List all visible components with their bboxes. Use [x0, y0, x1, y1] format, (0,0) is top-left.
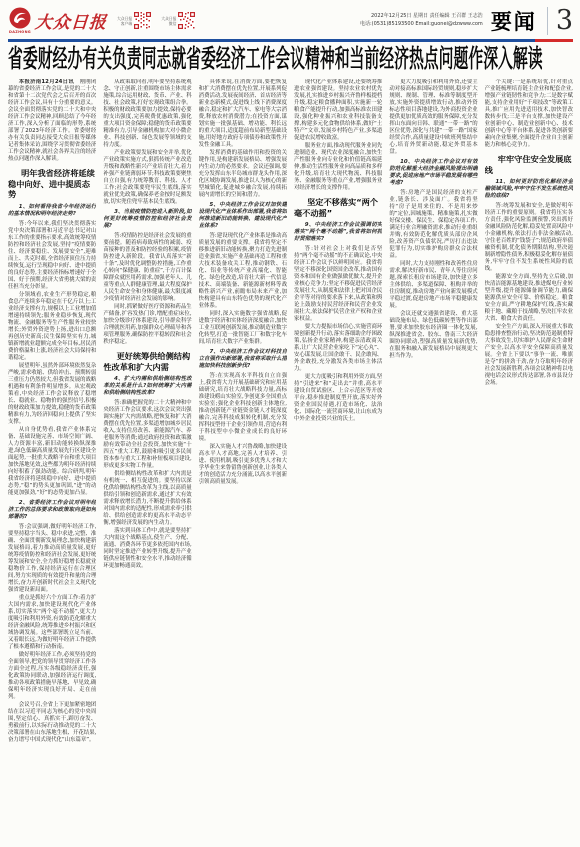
section-subhead: 更好统筹供给侧结构性改革和扩大内需 — [103, 351, 191, 372]
article-columns: 本报济南12月24日讯 刚刚闭幕的省委经济工作会议,是党的二十大和省第十二次党代… — [8, 79, 573, 843]
article-paragraph: 会议号召,全省上下更加紧密地团结在以习近平同志为核心的党中央周围,坚定信心、真抓… — [8, 702, 96, 744]
article-paragraph: 答:房地产是国民经济的支柱产业,链条长、涉及面广。我省将坚持“房子是用来住的、不… — [389, 190, 477, 260]
interview-question: 5、中央经济工作会议对加快建设现代化产业体系作出部署,我省将如何推进新旧动能转换… — [199, 202, 287, 230]
article-paragraph: 现代化产业体系建设,还要统筹推进农业强省建设。坚持农业农村优先发展,扎实推进乡村… — [294, 79, 382, 142]
header-rule — [8, 39, 573, 42]
article-paragraph: 答:建设现代化产业体系是推动高质量发展的重要支撑。我省将坚定不移推进新旧动能转换… — [199, 233, 287, 310]
qr-label-line1: 大众日报 — [161, 16, 176, 21]
article-paragraph: 答:统筹发展和安全,是做好明年经济工作的重要原则。我省将压实各方责任,强化风险监… — [485, 203, 573, 273]
qr-block-wechat: 大众日报 微信 — [161, 12, 195, 29]
article-paragraph: 同时,大力支持刚性和改善性住房需求,解决好新市民、青年人等住房问题,探索长租房市… — [389, 261, 477, 310]
article-paragraph: 答:会议强调,做好明年经济工作,要坚持稳字当头、稳中求进,完整、准确、全面贯彻新… — [8, 524, 96, 594]
article-column: 现代化产业体系建设,还要统筹推进农业强省建设。坚持农业农村优先发展,扎实推进乡村… — [294, 79, 382, 843]
qr-label: 大众日报 微信 — [161, 16, 176, 26]
article-column: 本报济南12月24日讯 刚刚闭幕的省委经济工作会议,是党的二十大和省第十二次党代… — [8, 79, 96, 843]
article-paragraph: 重点是抓好六个方面工作:着力扩大国内需求,加快建设现代化产业体系,切实落实“两个… — [8, 595, 96, 651]
article-column: 从政策取向看,明年要坚持系统观念、守正创新,注重围绕市场主体需求施策,综合运用财… — [103, 79, 191, 843]
article-paragraph: 会议还就交通强省建设、重大基础设施布局、绿色低碳转型等作出部署,要求加快胶东经济… — [389, 311, 477, 360]
dateline-tag: 本报济南12月24日讯 — [19, 79, 74, 85]
header-rule-blue — [8, 39, 535, 42]
article-paragraph: 同时,抓紧做好医疗资源和药品生产储备,扩容发热门诊,增配重症床位,加快分级诊疗体… — [103, 304, 191, 346]
article-paragraph: 要大力提振市场信心,实施营商环境创新提升行动,落实落细助企纾困政策,弘扬企业家精… — [294, 324, 382, 373]
interview-question: 9、中央经济工作会议强调切实落实“两个毫不动摇”,我省将如何抓好贯彻落实? — [294, 222, 382, 243]
article-paragraph: 答:疫情防控是经济社会发展的重要前提。随着病毒致病性的减弱、疫苗接种的普及和防控… — [103, 233, 191, 303]
qr-block-app: 大众日报 客户端 — [117, 12, 151, 29]
interview-question: 4、扩大内需和供给侧结构性改革的关系是什么?如何统筹扩大内需和供给侧结构性改革? — [103, 376, 191, 397]
article-paragraph: 产业政策要发展和安全并举,优化产业政策实施方式,狠抓传统产业改造升级和战略性新兴… — [103, 150, 191, 206]
article-paragraph: 落实到具体工作中,就是要坚持扩大内需这个战略基点,使生产、分配、流通、消费各环节… — [103, 528, 191, 570]
interview-question: 3、当前疫情防控进入新阶段,如何更好统筹疫情防控和经济社会发展? — [103, 209, 191, 230]
article-paragraph: 服务业方面,推动现代服务业同先进制造业、现代农业深度融合,加快生产性服务业向专业… — [294, 143, 382, 192]
issue-meta: 2022年12月25日 星期日 责任编辑 王召群 王志浩 电话:(0531)85… — [360, 13, 483, 28]
qr-label: 大众日报 客户端 — [117, 16, 132, 26]
section-label: 要闻 — [491, 6, 537, 36]
article-paragraph: 供给侧结构性改革和扩大内需是有机统一、相互促进的。要坚持以深化供给侧结构性改革为… — [103, 471, 191, 527]
article-paragraph: 答:今年以来,我们坚决贯彻落实党中央决策部署和习近平总书记对山东工作的重要指示要… — [8, 221, 96, 291]
interview-question: 1、如何看待我省今年经济运行的基本情况和明年经济走势? — [8, 204, 96, 218]
lead-paragraph: 本报济南12月24日讯 刚刚闭幕的省委经济工作会议,是党的二十大和省第十二次党代… — [8, 79, 96, 163]
issue-dateline: 2022年12月25日 星期日 责任编辑 王召群 王志浩 — [360, 13, 483, 21]
article-paragraph: 更大力度吸引和利用外资方面,坚持“引进来”和“走出去”并重,高水平建设自贸试验区… — [294, 374, 382, 423]
masthead-title: 大众日报 — [34, 8, 108, 33]
interview-question: 10、中央经济工作会议对有效防范化解重大经济金融风险提出明确要求,促进房地产市场… — [389, 159, 477, 187]
newspaper-logo-icon — [9, 7, 31, 29]
section-subhead: 牢牢守住安全发展底线 — [485, 154, 573, 175]
interview-question: 7、中央经济工作会议对科技自立自强作出新部署,我省将采取什么措施加快科技创新步伐… — [199, 349, 287, 370]
article-paragraph: 做好明年经济工作,必须坚持党的全面领导,把党的领导贯穿经济工作各方面全过程,压实… — [8, 652, 96, 701]
article-paragraph: 更大力度吸引和利用外资,还要主动对接高标准国际经贸规则,稳步扩大规则、规制、管理… — [389, 79, 477, 156]
newspaper-page: DAZHONG 大众日报 大众日报 客户端 — [0, 0, 580, 847]
article-column: 个关键:一是系统培优,针对重点产业链梳理培育链主企业和配套企业,增强产业链韧性和… — [485, 79, 573, 843]
qr-label-line2: 微信 — [161, 21, 176, 26]
main-headline-wrap: 省委财经办有关负责同志就省委经济工作会议精神和当前经济热点问题作深入解读 — [8, 45, 573, 73]
article-paragraph: 能源安全方面,坚持先立后破,加快清洁能源基地建设,推进煤电行业转型升级,提升能源… — [485, 274, 573, 323]
article-paragraph: 答:在实现高水平科技自立自强上,我省将大力开展基础研究和应用基础研究,培育壮大战… — [199, 373, 287, 443]
page-header: DAZHONG 大众日报 大众日报 客户端 — [8, 4, 573, 37]
interview-question: 11、如何更好防范化解经济金融领域风险,牢牢守住不发生系统性风险的底线? — [485, 179, 573, 200]
section-subhead: 坚定不移落实“两个毫不动摇” — [294, 197, 382, 218]
article-paragraph: 分领域看,农业生产形势稳定,粮食总产连续多年稳定在千亿斤以上;工业经济支撑有力,… — [8, 292, 96, 362]
page-number: 3 — [556, 7, 573, 35]
main-headline: 省委财经办有关负责同志就省委经济工作会议精神和当前经济热点问题作深入解读 — [8, 45, 543, 72]
article-paragraph: 深入实施人才兴鲁战略,加快建设高水平人才高地,完善人才培养、引进、使用机制,吸引… — [199, 444, 287, 486]
article-column: 具体来说,在消费方面,要把恢复和扩大消费摆在优先位置,开展系列促消费活动,发展夜… — [199, 79, 287, 843]
header-divider — [547, 7, 548, 35]
article-paragraph: 答:准确把握党的二十大精神和中央经济工作会议要求,这次会议突出强调实施扩大内需战… — [103, 400, 191, 470]
article-paragraph: 发挥消费的基础作用和投资的关键作用,是构建新发展格局、增强发展内生动力的必然要求… — [199, 150, 287, 199]
article-paragraph: 具体来说,在消费方面,要把恢复和扩大消费摆在优先位置,开展系列促消费活动,发展夜… — [199, 79, 287, 149]
article-paragraph: 展望明年,虽然外部环境依然复杂严峻,需求收缩、供给冲击、预期转弱三重压力仍然较大… — [8, 363, 96, 426]
masthead-latin: DAZHONG — [9, 30, 31, 34]
qr-label-line1: 大众日报 — [117, 16, 132, 21]
qr-code-icon — [178, 12, 195, 29]
article-column: 更大力度吸引和利用外资,还要主动对接高标准国际经贸规则,稳步扩大规则、规制、管理… — [389, 79, 477, 843]
article-paragraph: 个关键:一是系统培优,针对重点产业链梳理培育链主企业和配套企业,增强产业链韧性和… — [485, 79, 573, 149]
article-paragraph: 从自身优势看,我省产业体系完备、基础设施完善、市场空间广阔、人力资源丰富,新旧动… — [8, 427, 96, 497]
article-paragraph: 从政策取向看,明年要坚持系统观念、守正创新,注重围绕市场主体需求施策,综合运用财… — [103, 79, 191, 149]
section-subhead: 明年我省经济将延续稳中向好、进中提质态势 — [8, 168, 96, 200]
article-paragraph: 答:针对社会上对我们是否坚持“两个毫不动摇”的不正确议论,中央经济工作会议予以鲜… — [294, 246, 382, 323]
masthead-brand: DAZHONG 大众日报 — [8, 7, 107, 34]
qr-label-line2: 客户端 — [117, 21, 132, 26]
interview-question: 2、省委经济工作会议对明年经济工作的总体要求和政策取向是如何部署的? — [8, 500, 96, 521]
article-paragraph: 安全生产方面,深入开展重大事故隐患排查整治行动,坚决防范遏制重特大事故发生,切实… — [485, 324, 573, 387]
qr-code-icon — [134, 12, 151, 29]
issue-contact: 电话:(0531)85193500 Email:guonei@dzwww.com — [360, 21, 483, 29]
masthead-emblem: DAZHONG — [8, 7, 32, 34]
header-rule-red — [535, 39, 573, 42]
article-paragraph: 同时,深入实施数字强省战略,促进数字经济和实体经济深度融合,加快工业互联网创新发… — [199, 311, 287, 346]
